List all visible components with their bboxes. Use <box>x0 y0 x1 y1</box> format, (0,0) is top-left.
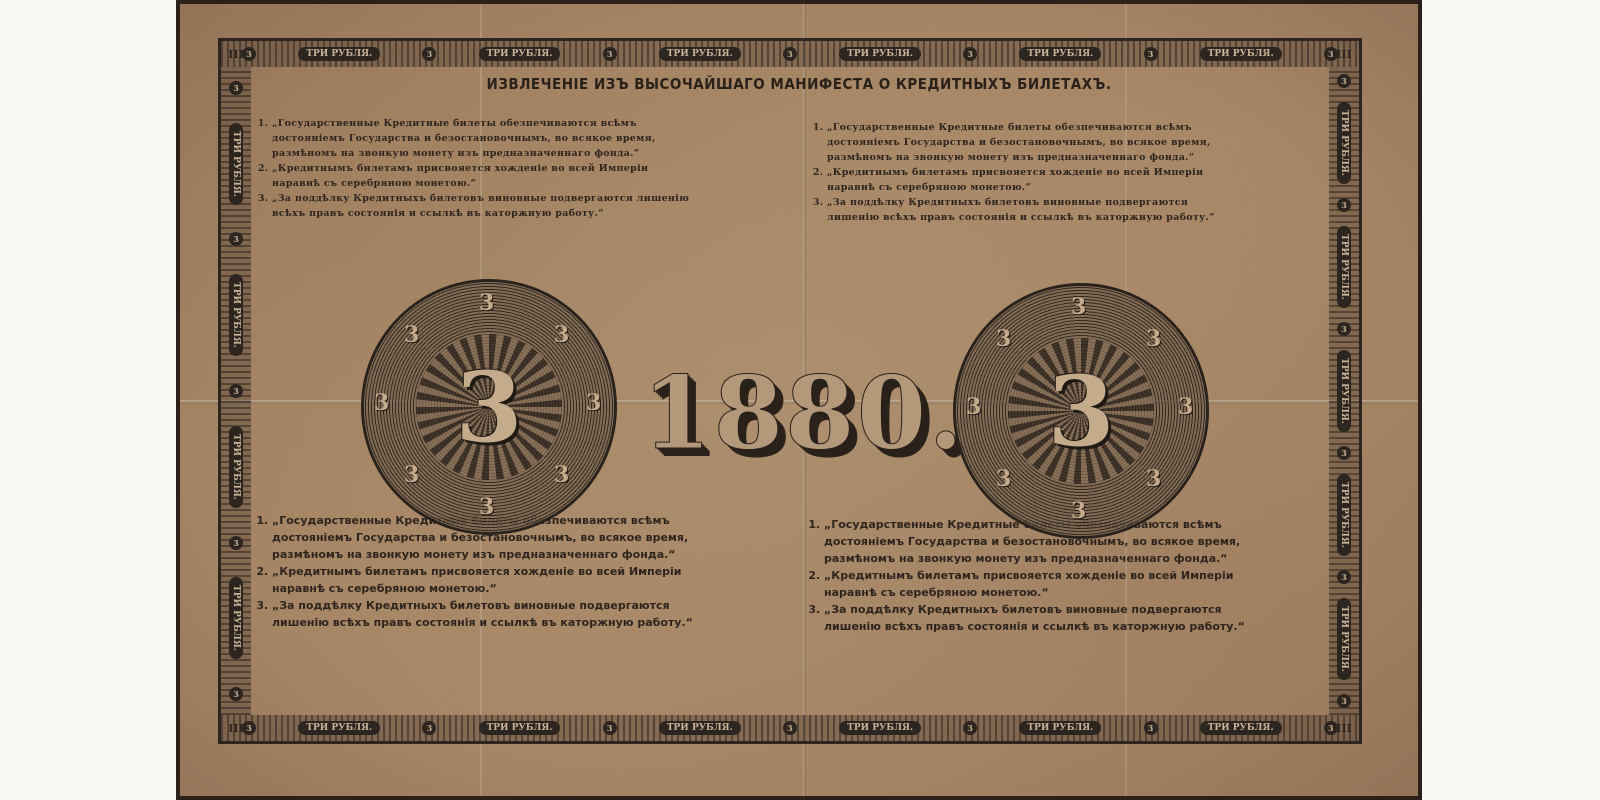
corner-numeral: III <box>221 41 251 67</box>
rosette-icon: 3 <box>963 721 977 735</box>
clause-3: „За поддѣлку Кредитныхъ билетовъ виновны… <box>272 191 699 221</box>
border-cartouche: ТРИ РУБЛЯ. <box>1019 721 1101 735</box>
ring-digit: 3 <box>1071 498 1086 524</box>
border-bottom: 3 ТРИ РУБЛЯ. 3 ТРИ РУБЛЯ. 3 ТРИ РУБЛЯ. 3… <box>221 715 1359 741</box>
ring-digit: 3 <box>374 390 389 416</box>
manifesto-heading: ИЗВЛЕЧЕНІЕ ИЗЪ ВЫСОЧАЙШАГО МАНИФЕСТА О К… <box>180 75 1418 93</box>
clause-2: „Кредитнымъ билетамъ присвояется хождені… <box>272 563 699 597</box>
ring-digit: 3 <box>996 466 1011 492</box>
ring-digit: 3 <box>554 462 569 488</box>
rosette-icon: 3 <box>422 47 436 61</box>
border-cartouche: ТРИ РУБЛЯ. <box>298 47 380 61</box>
rosette-icon: 3 <box>963 47 977 61</box>
denomination-digit: 3 <box>1048 355 1115 468</box>
rosette-icon: 3 <box>1144 721 1158 735</box>
border-cartouche: ТРИ РУБЛЯ. <box>479 721 561 735</box>
rosette-icon: 3 <box>1337 446 1351 460</box>
clauses-top-left: „Государственные Кредитные билеты обезпе… <box>254 116 699 221</box>
corner-numeral: III <box>1329 41 1359 67</box>
border-top: 3 ТРИ РУБЛЯ. 3 ТРИ РУБЛЯ. 3 ТРИ РУБЛЯ. 3… <box>221 41 1359 67</box>
ring-digit: 3 <box>1146 326 1161 352</box>
border-cartouche: ТРИ РУБЛЯ. <box>1200 721 1282 735</box>
ring-digit: 3 <box>404 462 419 488</box>
border-cartouche: ТРИ РУБЛЯ. <box>1019 47 1101 61</box>
border-cartouche: ТРИ РУБЛЯ. <box>229 274 243 356</box>
border-cartouche: ТРИ РУБЛЯ. <box>1337 350 1351 432</box>
clause-1: „Государственные Кредитные билеты обезпе… <box>272 116 699 161</box>
rosette-icon: 3 <box>1337 694 1351 708</box>
rosette-icon: 3 <box>1337 570 1351 584</box>
border-right: 3 ТРИ РУБЛЯ. 3 ТРИ РУБЛЯ. 3 ТРИ РУБЛЯ. 3… <box>1329 67 1359 715</box>
ring-digit: 3 <box>966 394 981 420</box>
border-cartouche: ТРИ РУБЛЯ. <box>659 47 741 61</box>
border-cartouche: ТРИ РУБЛЯ. <box>1337 226 1351 308</box>
rosette-icon: 3 <box>1144 47 1158 61</box>
rosette-icon: 3 <box>229 536 243 550</box>
border-cartouche: ТРИ РУБЛЯ. <box>1337 102 1351 184</box>
ring-digit: 3 <box>586 390 601 416</box>
ring-digit: 3 <box>1146 466 1161 492</box>
rosette-icon: 3 <box>603 47 617 61</box>
border-cartouche: ТРИ РУБЛЯ. <box>298 721 380 735</box>
ring-digit: 3 <box>404 322 419 348</box>
rosette-icon: 3 <box>1337 322 1351 336</box>
border-cartouche: ТРИ РУБЛЯ. <box>479 47 561 61</box>
rosette-icon: 3 <box>229 232 243 246</box>
border-cartouche: ТРИ РУБЛЯ. <box>1200 47 1282 61</box>
rosette-icon: 3 <box>229 687 243 701</box>
border-cartouche: ТРИ РУБЛЯ. <box>229 426 243 508</box>
clause-3: „За поддѣлку Кредитныхъ билетовъ виновны… <box>827 195 1244 225</box>
issue-year: 1880. <box>642 354 965 472</box>
ring-digit: 3 <box>479 494 494 520</box>
border-cartouche: ТРИ РУБЛЯ. <box>839 47 921 61</box>
rosette-icon: 3 <box>229 384 243 398</box>
clause-2: „Кредитнымъ билетамъ присвояется хождені… <box>272 161 699 191</box>
rosette-icon: 3 <box>422 721 436 735</box>
rosette-icon: 3 <box>1337 198 1351 212</box>
corner-numeral: III <box>1329 715 1359 741</box>
denomination-medallion-left: 3 3 3 3 3 3 3 3 3 <box>364 282 614 532</box>
denomination-digit: 3 <box>456 351 523 464</box>
border-cartouche: ТРИ РУБЛЯ. <box>1337 474 1351 556</box>
clause-2: „Кредитнымъ билетамъ присвояется хождені… <box>827 165 1244 195</box>
ring-digit: 3 <box>1178 394 1193 420</box>
clauses-bottom-right: „Государственные Кредитные билеты обезпе… <box>806 516 1254 635</box>
ring-digit: 3 <box>996 326 1011 352</box>
clause-1: „Государственные Кредитные билеты обезпе… <box>827 120 1244 165</box>
clauses-top-right: „Государственные Кредитные билеты обезпе… <box>809 120 1244 225</box>
ring-digit: 3 <box>554 322 569 348</box>
banknote: 3 ТРИ РУБЛЯ. 3 ТРИ РУБЛЯ. 3 ТРИ РУБЛЯ. 3… <box>176 0 1422 800</box>
ring-digit: 3 <box>479 290 494 316</box>
border-cartouche: ТРИ РУБЛЯ. <box>1337 598 1351 680</box>
border-cartouche: ТРИ РУБЛЯ. <box>229 123 243 205</box>
clause-2: „Кредитнымъ билетамъ присвояется хождені… <box>824 567 1254 601</box>
rosette-icon: 3 <box>603 721 617 735</box>
corner-numeral: III <box>221 715 251 741</box>
ring-digit: 3 <box>1071 294 1086 320</box>
rosette-icon: 3 <box>783 721 797 735</box>
clause-3: „За поддѣлку Кредитныхъ билетовъ виновны… <box>824 601 1254 635</box>
rosette-icon: 3 <box>783 47 797 61</box>
denomination-medallion-right: 3 3 3 3 3 3 3 3 3 <box>956 286 1206 536</box>
border-cartouche: ТРИ РУБЛЯ. <box>229 577 243 659</box>
clause-3: „За поддѣлку Кредитныхъ билетовъ виновны… <box>272 597 699 631</box>
border-cartouche: ТРИ РУБЛЯ. <box>659 721 741 735</box>
border-left: 3 ТРИ РУБЛЯ. 3 ТРИ РУБЛЯ. 3 ТРИ РУБЛЯ. 3… <box>221 67 251 715</box>
border-cartouche: ТРИ РУБЛЯ. <box>839 721 921 735</box>
